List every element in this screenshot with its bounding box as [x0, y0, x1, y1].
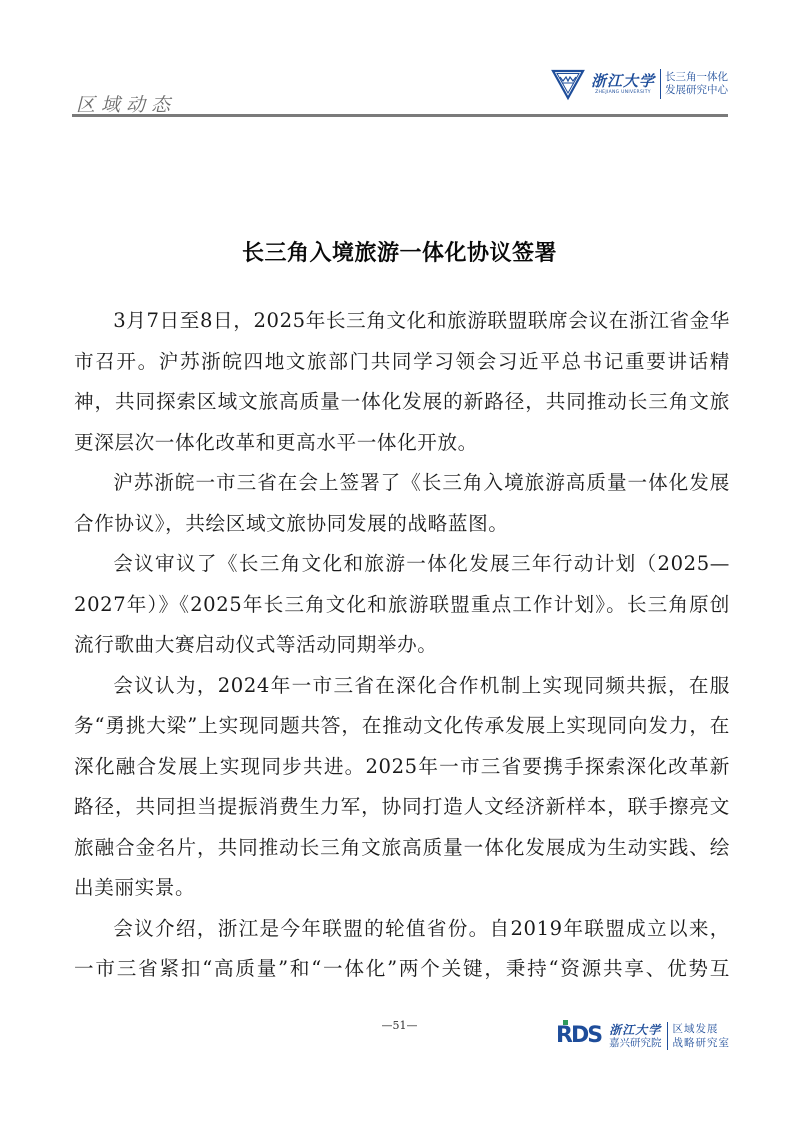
- rds-mark-text: RDS: [556, 1023, 601, 1048]
- rds-zju-name: 浙江大学: [609, 1023, 661, 1037]
- zju-emblem-icon: [551, 67, 585, 101]
- rds-dot-icon: [563, 1020, 568, 1025]
- center-name-line2: 发展研究中心: [665, 84, 728, 97]
- section-label: 区域动态: [76, 90, 176, 117]
- center-name-line1: 长三角一体化: [665, 71, 728, 84]
- zju-name-en: ZHEJIANG UNIVERSITY: [595, 90, 651, 95]
- paragraph: 会议审议了《长三角文化和旅游一体化发展三年行动计划（2025—2027年）》《2…: [74, 544, 730, 666]
- paragraph: 3月7日至8日，2025年长三角文化和旅游联盟联席会议在浙江省金华市召开。沪苏浙…: [74, 301, 730, 463]
- page-header: 区域动态 浙江大学 ZHEJIANG UNIVERSITY 长三角一体化 发展研…: [72, 60, 728, 118]
- header-rule: [72, 114, 728, 117]
- zju-center-logo: 浙江大学 ZHEJIANG UNIVERSITY 长三角一体化 发展研究中心: [551, 64, 728, 104]
- rds-office-name: 区域发展 战略研究室: [673, 1022, 731, 1050]
- rds-institute: 嘉兴研究院: [609, 1037, 662, 1050]
- rds-office-line1: 区域发展: [673, 1022, 731, 1036]
- rds-divider: [667, 1022, 668, 1050]
- paragraph: 会议认为，2024年一市三省在深化合作机制上实现同频共振，在服务“勇挑大梁”上实…: [74, 666, 730, 909]
- article-body: 3月7日至8日，2025年长三角文化和旅游联盟联席会议在浙江省金华市召开。沪苏浙…: [74, 301, 730, 990]
- logo-divider: [660, 69, 661, 99]
- center-name: 长三角一体化 发展研究中心: [665, 71, 728, 97]
- rds-office-line2: 战略研究室: [673, 1036, 731, 1050]
- paragraph: 沪苏浙皖一市三省在会上签署了《长三角入境旅游高质量一体化发展合作协议》，共绘区域…: [74, 463, 730, 544]
- zju-name-cn: 浙江大学: [591, 73, 655, 90]
- paragraph: 会议介绍，浙江是今年联盟的轮值省份。自2019年联盟成立以来，一市三省紧扣“高质…: [74, 909, 730, 990]
- rds-logo: RDS 浙江大学 嘉兴研究院 区域发展 战略研究室: [556, 1022, 730, 1050]
- rds-mark-icon: RDS: [556, 1024, 601, 1048]
- rds-institute-name: 浙江大学 嘉兴研究院: [609, 1023, 662, 1050]
- zju-name: 浙江大学 ZHEJIANG UNIVERSITY: [591, 73, 655, 95]
- article-title: 长三角入境旅游一体化协议签署: [0, 236, 799, 267]
